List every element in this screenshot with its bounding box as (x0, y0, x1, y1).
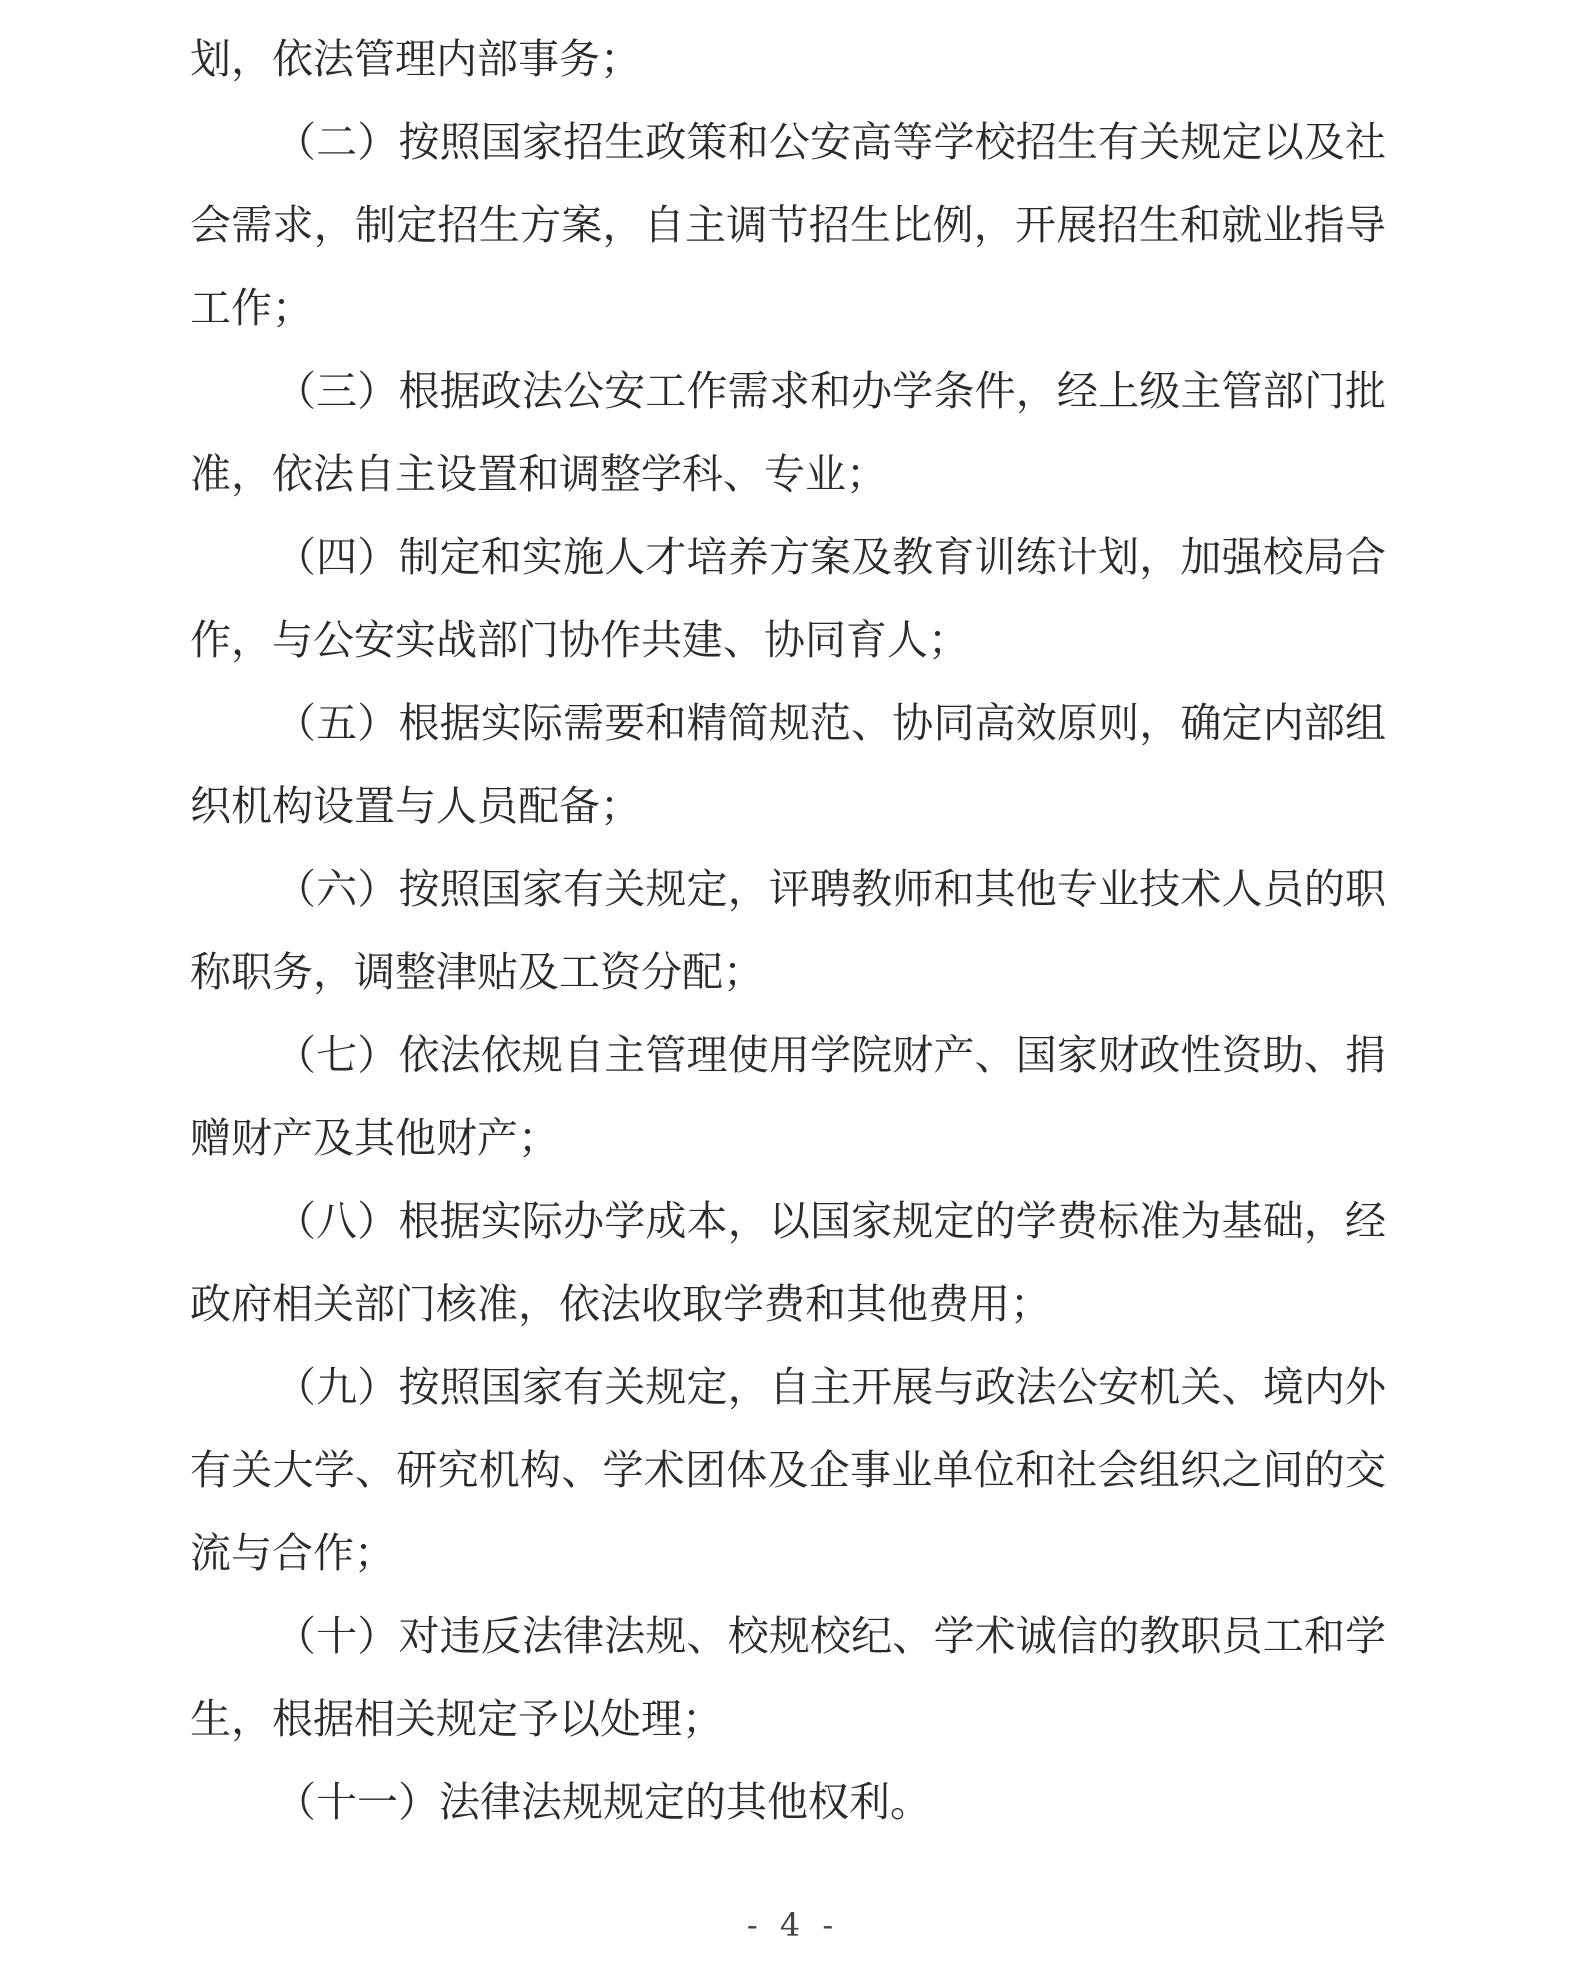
paragraph-item-9: （九）按照国家有关规定，自主开展与政法公安机关、境内外有关大学、研究机构、学术团… (190, 1346, 1386, 1595)
document-page: 划，依法管理内部事务； （二）按照国家招生政策和公安高等学校招生有关规定以及社会… (0, 0, 1586, 1969)
paragraph-item-11: （十一）法律法规规定的其他权利。 (190, 1761, 1386, 1844)
paragraph-item-4: （四）制定和实施人才培养方案及教育训练计划，加强校局合作，与公安实战部门协作共建… (190, 516, 1386, 682)
paragraph-item-10: （十）对违反法律法规、校规校纪、学术诚信的教职员工和学生，根据相关规定予以处理； (190, 1595, 1386, 1761)
paragraph-item-2: （二）按照国家招生政策和公安高等学校招生有关规定以及社会需求，制定招生方案，自主… (190, 101, 1386, 350)
page-number: - 4 - (0, 1906, 1586, 1944)
paragraph-item-8: （八）根据实际办学成本，以国家规定的学费标准为基础，经政府相关部门核准，依法收取… (190, 1180, 1386, 1346)
document-body: 划，依法管理内部事务； （二）按照国家招生政策和公安高等学校招生有关规定以及社会… (190, 18, 1386, 1844)
paragraph-continuation: 划，依法管理内部事务； (190, 18, 1386, 101)
paragraph-item-7: （七）依法依规自主管理使用学院财产、国家财政性资助、捐赠财产及其他财产； (190, 1014, 1386, 1180)
paragraph-item-6: （六）按照国家有关规定，评聘教师和其他专业技术人员的职称职务，调整津贴及工资分配… (190, 848, 1386, 1014)
paragraph-item-3: （三）根据政法公安工作需求和办学条件，经上级主管部门批准，依法自主设置和调整学科… (190, 350, 1386, 516)
paragraph-item-5: （五）根据实际需要和精简规范、协同高效原则，确定内部组织机构设置与人员配备； (190, 682, 1386, 848)
